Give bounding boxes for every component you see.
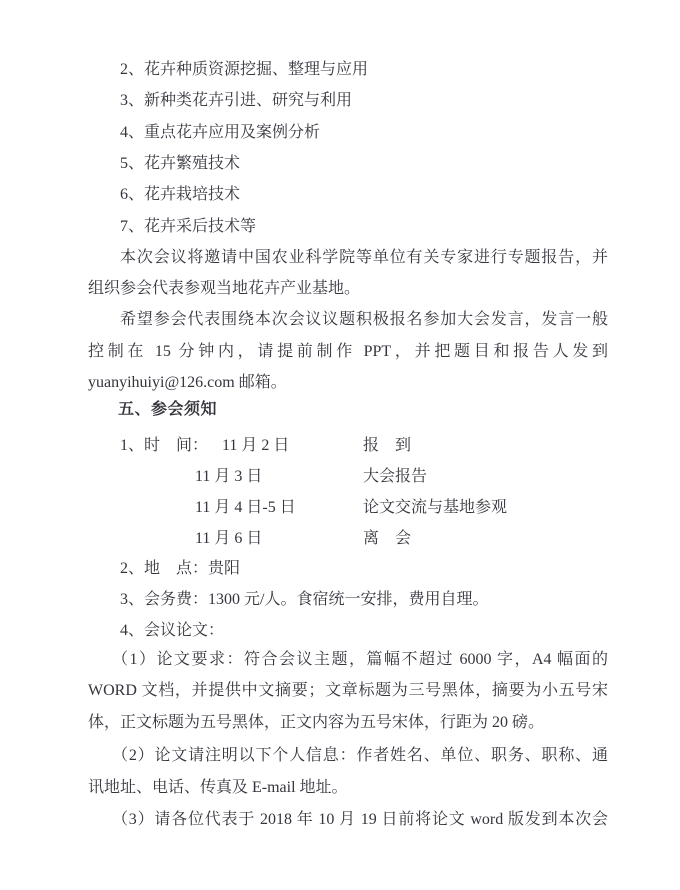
text-segment: 11 月 6 日 [195, 523, 262, 554]
text-segment: （2）论文请注明以下个人信息：作者姓名、单位、职务、职称、通 [112, 740, 608, 771]
text-segment: 2、花卉种质资源挖掘、整理与应用 [120, 54, 368, 85]
text-line: 7、花卉采后技术等 [0, 211, 680, 242]
text-segment: 讯地址、电话、传真及 E-mail 地址。 [88, 772, 348, 803]
section-heading: 五、参会须知 [118, 394, 217, 425]
text-line: 本次会议将邀请中国农业科学院等单位有关专家进行专题报告，并 [0, 242, 680, 273]
text-segment: 11 月 2 日 [222, 430, 289, 461]
text-segment: 7、花卉采后技术等 [120, 211, 256, 242]
text-line: 控制在 15 分钟内，请提前制作 PPT，并把题目和报告人发到 [0, 336, 680, 367]
text-segment: 2、地 点：贵阳 [120, 553, 240, 584]
text-line: 体，正文标题为五号黑体，正文内容为五号宋体，行距为 20 磅。 [0, 707, 680, 738]
text-segment: 论文交流与基地参观 [363, 492, 507, 523]
text-segment: 6、花卉栽培技术 [120, 179, 240, 210]
text-line: WORD 文档，并提供中文摘要；文章标题为三号黑体，摘要为小五号宋 [0, 675, 680, 706]
text-segment: 希望参会代表围绕本次会议议题积极报名参加大会发言，发言一般 [120, 304, 608, 335]
text-segment: 11 月 3 日 [195, 461, 262, 492]
text-line: 11 月 6 日离 会 [0, 523, 680, 554]
text-line: （2）论文请注明以下个人信息：作者姓名、单位、职务、职称、通 [0, 740, 680, 771]
text-line: 2、花卉种质资源挖掘、整理与应用 [0, 54, 680, 85]
text-line: 2、地 点：贵阳 [0, 553, 680, 584]
text-line: 5、花卉繁殖技术 [0, 148, 680, 179]
text-segment: 大会报告 [363, 461, 427, 492]
document-page: 2、花卉种质资源挖掘、整理与应用3、新种类花卉引进、研究与利用4、重点花卉应用及… [0, 0, 680, 890]
text-segment: 3、会务费：1300 元/人。食宿统一安排，费用自理。 [120, 584, 488, 615]
text-line: （3）请各位代表于 2018 年 10 月 19 日前将论文 word 版发到本… [0, 804, 680, 835]
text-segment: 报 到 [363, 430, 411, 461]
text-line: 讯地址、电话、传真及 E-mail 地址。 [0, 772, 680, 803]
text-line: 4、会议论文： [0, 615, 680, 646]
text-segment: 本次会议将邀请中国农业科学院等单位有关专家进行专题报告，并 [120, 242, 608, 273]
text-line: 11 月 3 日大会报告 [0, 461, 680, 492]
text-segment: 11 月 4 日-5 日 [195, 492, 296, 523]
text-segment: 体，正文标题为五号黑体，正文内容为五号宋体，行距为 20 磅。 [88, 707, 544, 738]
text-segment: 组织参会代表参观当地花卉产业基地。 [88, 273, 360, 304]
text-line: 6、花卉栽培技术 [0, 179, 680, 210]
text-line: 组织参会代表参观当地花卉产业基地。 [0, 273, 680, 304]
text-segment: 4、会议论文： [120, 615, 224, 646]
text-segment: （1）论文要求：符合会议主题，篇幅不超过 6000 字，A4 幅面的 [112, 644, 608, 675]
text-segment: 3、新种类花卉引进、研究与利用 [120, 85, 352, 116]
text-line: （1）论文要求：符合会议主题，篇幅不超过 6000 字，A4 幅面的 [0, 644, 680, 675]
text-line: 1、时 间：11 月 2 日报 到 [0, 430, 680, 461]
text-segment: WORD 文档，并提供中文摘要；文章标题为三号黑体，摘要为小五号宋 [88, 675, 608, 706]
text-segment: 离 会 [363, 523, 411, 554]
text-line: 五、参会须知 [0, 394, 680, 425]
text-segment: 4、重点花卉应用及案例分析 [120, 117, 320, 148]
text-segment: （3）请各位代表于 2018 年 10 月 19 日前将论文 word 版发到本… [112, 804, 608, 835]
text-segment: 控制在 15 分钟内，请提前制作 PPT，并把题目和报告人发到 [88, 336, 608, 367]
text-line: 3、会务费：1300 元/人。食宿统一安排，费用自理。 [0, 584, 680, 615]
text-segment: 1、时 间： [120, 430, 208, 461]
text-segment: 5、花卉繁殖技术 [120, 148, 240, 179]
text-line: 4、重点花卉应用及案例分析 [0, 117, 680, 148]
text-line: 3、新种类花卉引进、研究与利用 [0, 85, 680, 116]
text-line: 希望参会代表围绕本次会议议题积极报名参加大会发言，发言一般 [0, 304, 680, 335]
text-line: 11 月 4 日-5 日论文交流与基地参观 [0, 492, 680, 523]
